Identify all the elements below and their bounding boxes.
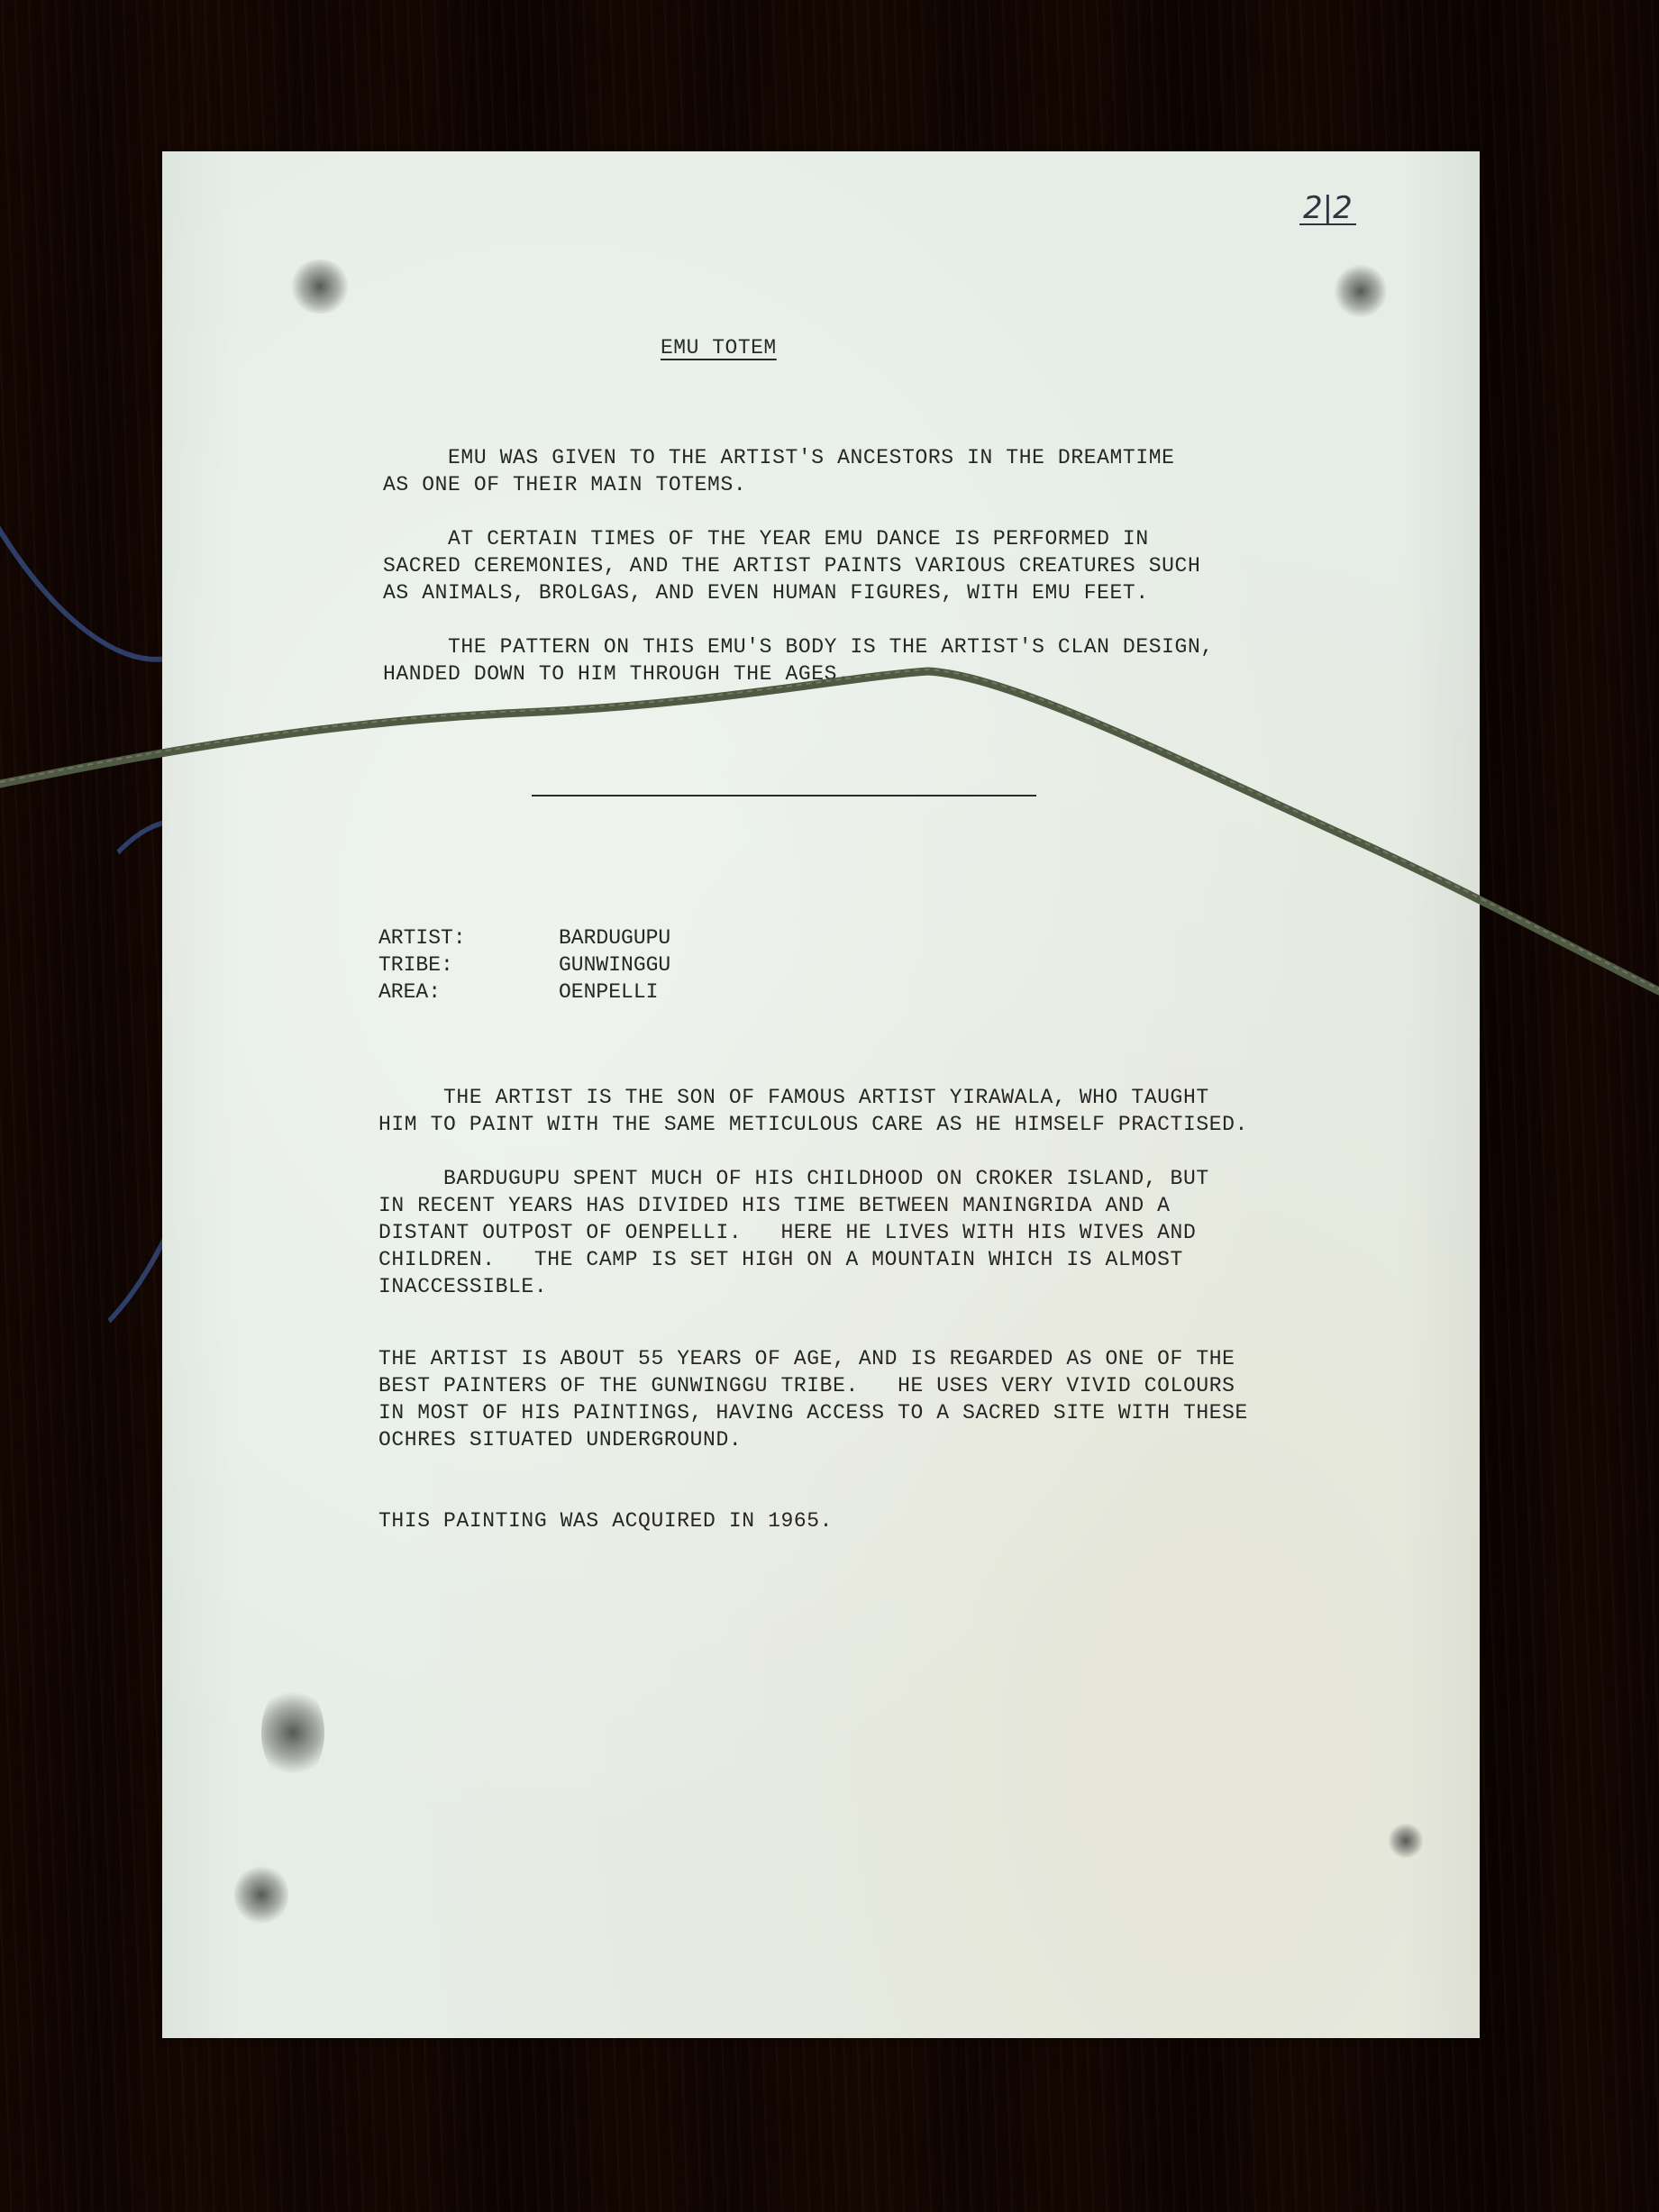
paper-stain xyxy=(288,259,351,314)
details-row-area: AREA: OENPELLI xyxy=(378,979,670,1006)
paper-stain xyxy=(261,1683,324,1782)
intro-paragraph-1: EMU WAS GIVEN TO THE ARTIST'S ANCESTORS … xyxy=(383,444,1175,498)
details-value: BARDUGUPU xyxy=(559,924,670,951)
details-row-tribe: TRIBE: GUNWINGGU xyxy=(378,951,670,979)
paper-stain xyxy=(1334,264,1388,318)
paper-stain xyxy=(1388,1823,1424,1859)
intro-paragraph-2: AT CERTAIN TIMES OF THE YEAR EMU DANCE I… xyxy=(383,525,1200,606)
artist-details: ARTIST: BARDUGUPU TRIBE: GUNWINGGU AREA:… xyxy=(378,924,670,1006)
paper-stain xyxy=(234,1863,288,1926)
bio-paragraph-1: THE ARTIST IS THE SON OF FAMOUS ARTIST Y… xyxy=(378,1084,1248,1138)
bio-paragraph-2: BARDUGUPU SPENT MUCH OF HIS CHILDHOOD ON… xyxy=(378,1165,1209,1300)
details-value: GUNWINGGU xyxy=(559,951,670,979)
bio-paragraph-3: THE ARTIST IS ABOUT 55 YEARS OF AGE, AND… xyxy=(378,1345,1248,1453)
details-label: ARTIST: xyxy=(378,924,559,951)
bio-paragraph-4: THIS PAINTING WAS ACQUIRED IN 1965. xyxy=(378,1507,833,1534)
details-label: TRIBE: xyxy=(378,951,559,979)
divider-line xyxy=(532,795,1036,797)
intro-paragraph-3: THE PATTERN ON THIS EMU'S BODY IS THE AR… xyxy=(383,633,1214,687)
details-value: OENPELLI xyxy=(559,979,658,1006)
details-label: AREA: xyxy=(378,979,559,1006)
handwritten-page-number: 2|2 xyxy=(1299,193,1356,225)
details-row-artist: ARTIST: BARDUGUPU xyxy=(378,924,670,951)
typed-label-sheet: 2|2 EMU TOTEM EMU WAS GIVEN TO THE ARTIS… xyxy=(162,151,1480,2038)
document-title: EMU TOTEM xyxy=(661,336,777,360)
